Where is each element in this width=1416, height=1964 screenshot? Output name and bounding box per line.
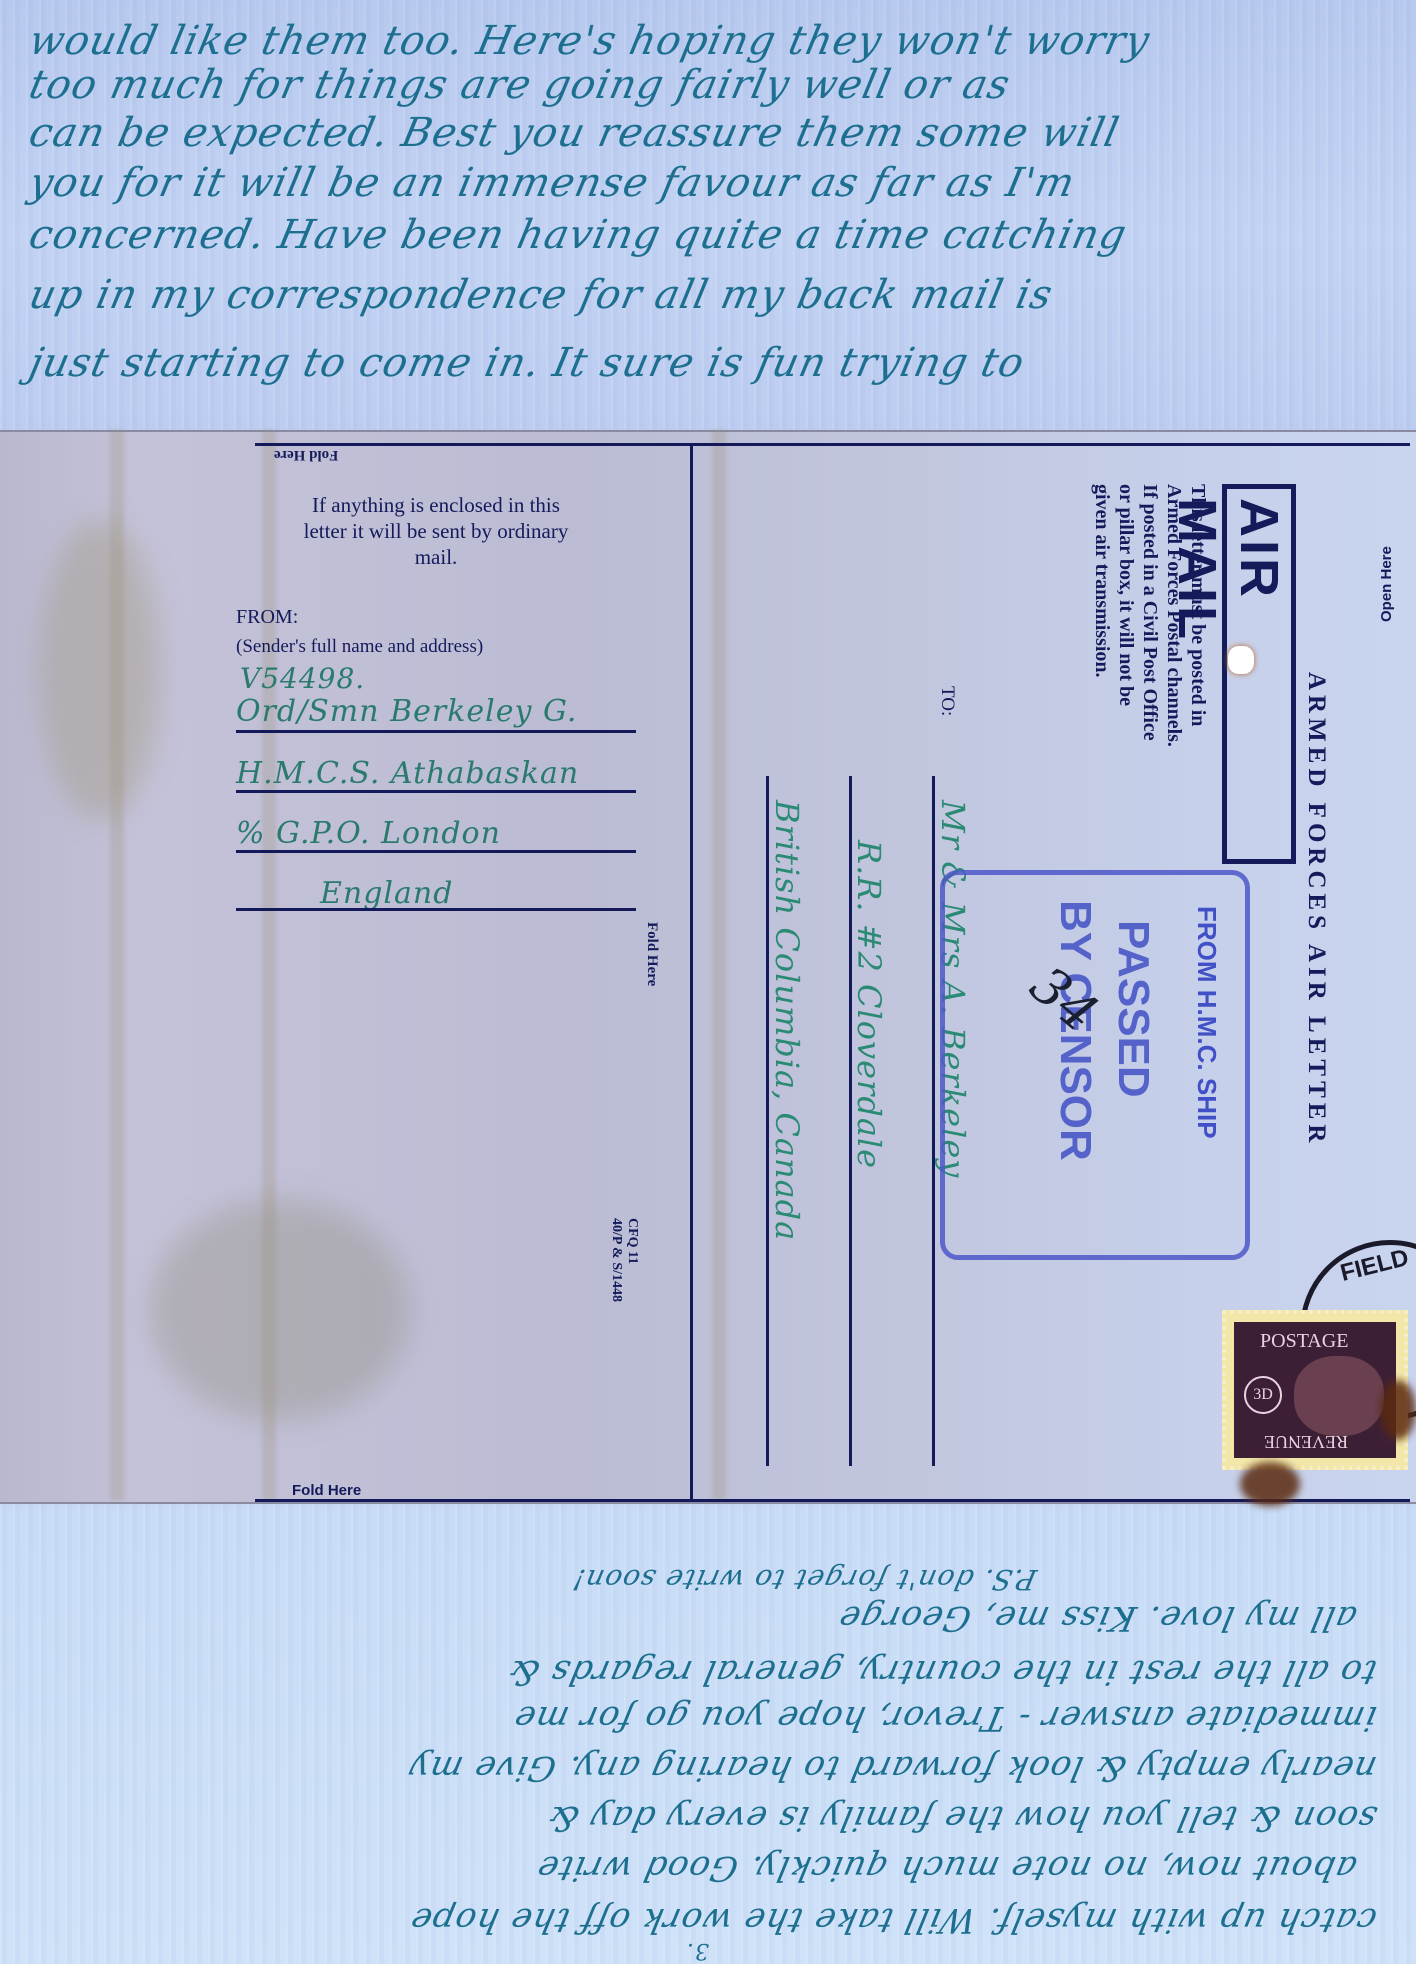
stamp-face: POSTAGE 3D REVENUE — [1234, 1322, 1396, 1458]
bottom-letter-section: catch up with myself. Will take the work… — [0, 1500, 1416, 1964]
handwriting-line: immediate answer - Trevor, hope you go f… — [510, 1698, 1381, 1738]
enclosure-notice-line: If anything is enclosed in this — [236, 492, 636, 518]
sender-line-rule — [236, 908, 636, 911]
vertical-fold — [110, 430, 124, 1500]
sender-line-rule — [236, 730, 636, 733]
sender-ship: H.M.C.S. Athabaskan — [236, 756, 579, 791]
recipient-province-country: British Columbia, Canada — [768, 800, 806, 1241]
armed-forces-air-letter-title: ARMED FORCES AIR LETTER — [1302, 672, 1330, 1147]
from-label: FROM: — [236, 606, 298, 629]
handwriting-line: all my love. Kiss me, George — [835, 1598, 1361, 1638]
vertical-fold — [712, 430, 726, 1500]
rust-stain — [1380, 1380, 1416, 1440]
sender-name: Ord/Smn Berkeley G. — [236, 694, 577, 729]
postage-stamp: POSTAGE 3D REVENUE — [1222, 1310, 1408, 1470]
handwriting-line: concerned. Have been having quite a time… — [25, 212, 1131, 258]
stamp-revenue-label: REVENUE — [1264, 1431, 1348, 1452]
handwriting-line: just starting to come in. It sure is fun… — [25, 340, 1029, 386]
instruction-line: If posted in a Civil Post Office — [1138, 484, 1162, 747]
stamp-value: 3D — [1244, 1376, 1282, 1414]
vertical-fold — [262, 430, 276, 1500]
enclosure-notice: If anything is enclosed in this letter i… — [236, 492, 636, 570]
page-number: 3. — [686, 1938, 709, 1963]
handwriting-line: can be expected. Best you reassure them … — [25, 110, 1123, 156]
form-code-line: 40/P & S/1448 — [608, 1218, 624, 1302]
enclosure-notice-line: letter it will be sent by ordinary — [236, 518, 636, 544]
stain — [40, 520, 160, 820]
sender-line-rule — [236, 790, 636, 793]
fold-here-label-top: Fold Here — [274, 446, 338, 463]
open-here-label: Open Here — [1378, 546, 1395, 622]
to-label: TO: — [936, 686, 958, 716]
handwriting-line: soon & tell you how the family is every … — [543, 1798, 1380, 1838]
sender-country: England — [320, 876, 453, 911]
sender-post-office: % G.P.O. London — [236, 816, 501, 851]
top-fold-rule — [255, 443, 1410, 446]
handwriting-line: up in my correspondence for all my back … — [25, 272, 1057, 318]
handwriting-line: too much for things are going fairly wel… — [25, 62, 1014, 108]
sender-line-rule — [236, 850, 636, 853]
sender-service-number: V54498. — [240, 662, 365, 695]
handwriting-line: nearly empty & look forward to hearing a… — [405, 1748, 1380, 1788]
censor-stamp-line2: PASSED — [1108, 920, 1158, 1098]
handwriting-line: about now, no note much quickly. Good wr… — [533, 1848, 1361, 1888]
recipient-road: R.R. #2 Cloverdale — [850, 840, 888, 1169]
postscript: P.S. don't forget to write soon! — [569, 1563, 1039, 1596]
instruction-line: or pillar box, it will not be — [1114, 484, 1138, 747]
handwriting-line: to all the rest in the country, general … — [504, 1652, 1381, 1692]
handwriting-line: would like them too. Here's hoping they … — [25, 18, 1154, 64]
stamp-postage-label: POSTAGE — [1260, 1330, 1348, 1353]
center-fold-rule — [690, 443, 693, 1501]
paper-hole — [1228, 646, 1254, 674]
form-code: CFQ 11 40/P & S/1448 — [608, 1218, 640, 1302]
censor-stamp-line1: FROM H.M.C. SHIP — [1191, 906, 1222, 1139]
fold-here-label-side: Fold Here — [643, 922, 660, 986]
from-sublabel: (Sender's full name and address) — [236, 636, 483, 658]
air-mail-label: AIR MAIL — [1166, 498, 1290, 642]
stain — [150, 1200, 410, 1420]
enclosure-notice-line: mail. — [236, 544, 636, 570]
handwriting-line: catch up with myself. Will take the work… — [406, 1900, 1380, 1940]
king-portrait-icon — [1294, 1356, 1384, 1436]
form-code-line: CFQ 11 — [624, 1218, 640, 1302]
handwriting-line: you for it will be an immense favour as … — [25, 160, 1079, 206]
fold-here-label-bottom: Fold Here — [292, 1482, 361, 1499]
instruction-line: given air transmission. — [1090, 484, 1114, 747]
